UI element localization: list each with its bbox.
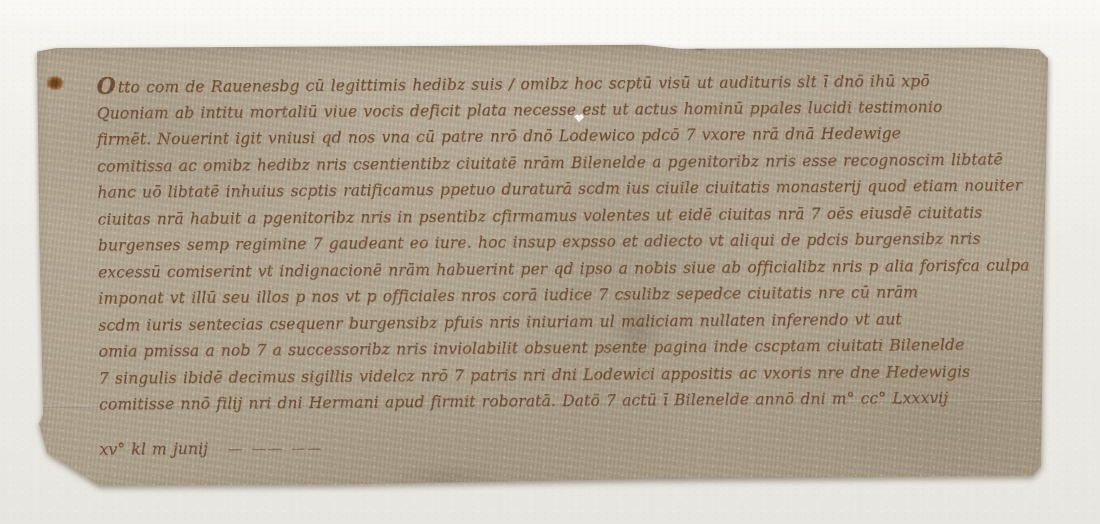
manuscript-line-text: scdm iuris sentecias csequenr burgensibz… — [98, 310, 901, 334]
manuscript-line-text: comitisse nnō filij nri dni Hermani apud… — [99, 389, 948, 414]
manuscript-text: Otto com de Rauenesbg cū legittimis hedi… — [96, 66, 1019, 462]
manuscript-line-text: ciuitas nrā habuit a pgenitoribz nris in… — [98, 203, 983, 228]
manuscript-line-text: hanc uō libtatē inhuius scptis ratificam… — [97, 176, 1022, 201]
manuscript-line-text: xv° kl m junij — [99, 439, 208, 458]
manuscript-dating-line: xv° kl m junij— —— —— — [99, 429, 1019, 463]
manuscript-line-text: burgenses semp regimine 7 gaudeant eo iu… — [98, 230, 981, 255]
manuscript-line-text: excessū comiserint vt indignacionē nrām … — [98, 256, 1030, 281]
manuscript-line-text: firmēt. Nouerint igit vniusi qd nos vna … — [97, 124, 901, 148]
manuscript-line-text: imponat vt illū seu illos p nos vt p off… — [98, 283, 918, 307]
initial-letter: O — [96, 73, 116, 99]
manuscript-line-text: comitissa ac omibz hedibz nris csentient… — [97, 150, 1003, 175]
manuscript-line-text: 7 singulis ibidē decimus sigillis videlc… — [99, 362, 970, 387]
dark-smudge — [374, 460, 514, 494]
parchment-document: Otto com de Rauenesbg cū legittimis hedi… — [34, 44, 1050, 492]
top-edge-nick — [694, 45, 706, 50]
photo-backdrop: Otto com de Rauenesbg cū legittimis hedi… — [0, 0, 1100, 524]
parchment-shadow: Otto com de Rauenesbg cū legittimis hedi… — [34, 44, 1050, 492]
manuscript-line-text: tto com de Rauenesbg cū legittimis hedib… — [118, 72, 930, 96]
manuscript-line-text: Quoniam ab intitu mortaliū viue vocis de… — [97, 97, 943, 122]
ink-stain — [43, 73, 67, 93]
line-filler-flourish: — —— —— — [228, 440, 323, 457]
manuscript-line-text: omia pmissa a nob 7 a successoribz nris … — [99, 336, 965, 361]
backdrop-highlight-band — [0, 0, 1100, 34]
